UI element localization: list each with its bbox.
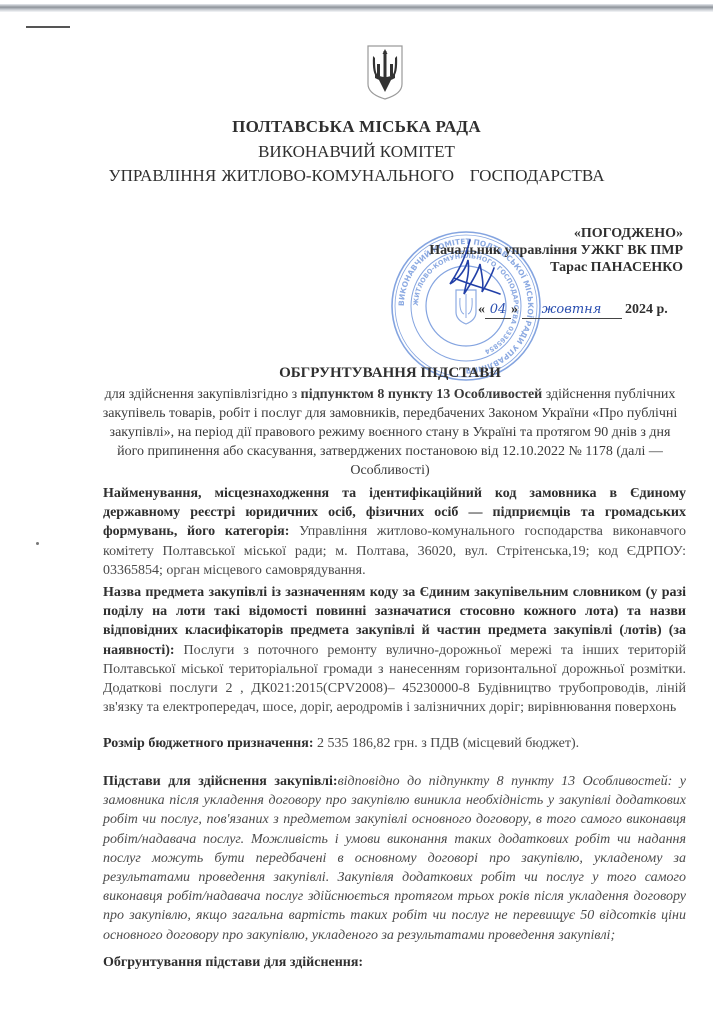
scan-edge-shadow <box>0 4 713 12</box>
section-label: Розмір бюджетного призначення: <box>103 736 314 751</box>
section-grounds: Підстави для здійснення закупівлі:відпов… <box>103 772 686 945</box>
date-year: 2024 р. <box>625 302 668 317</box>
section-justification: Обгрунтування підстави для здійснення: <box>103 953 686 972</box>
section-label: Обгрунтування підстави для здійснення: <box>103 955 363 970</box>
trident-coat-of-arms-icon <box>365 44 405 100</box>
date-month: жовтня <box>542 302 602 317</box>
date-quote-close: » <box>511 302 518 317</box>
section-text: Послуги з поточного ремонту вулично-доро… <box>103 643 686 716</box>
document-title: ОБГРУНТУВАННЯ ПІДСТАВИ <box>95 364 685 383</box>
section-budget: Розмір бюджетного призначення: 2 535 186… <box>103 734 686 753</box>
committee-name: ВИКОНАВЧИЙ КОМІТЕТ <box>0 142 713 162</box>
section-subject: Назва предмета закупівлі із зазначенням … <box>103 583 686 717</box>
department-name: УПРАВЛІННЯ ЖИТЛОВО-КОМУНАЛЬНОГО ГОСПОДАР… <box>0 166 713 186</box>
council-name: ПОЛТАВСЬКА МІСЬКА РАДА <box>0 117 713 137</box>
document-subtitle: для здійснення закупівлізгідно з підпунк… <box>95 385 685 480</box>
section-text: відповідно до підпункту 8 пункту 13 Особ… <box>103 774 686 943</box>
document-title-block: ОБГРУНТУВАННЯ ПІДСТАВИ для здійснення за… <box>95 364 685 480</box>
scan-speck <box>36 542 39 545</box>
section-customer: Найменування, місцезнаходження та іденти… <box>103 484 686 580</box>
section-label: Підстави для здійснення закупівлі: <box>103 774 338 789</box>
scan-corner-mark <box>26 26 70 28</box>
section-text: 2 535 186,82 грн. з ПДВ (місцевий бюджет… <box>314 736 580 751</box>
handwritten-signature <box>440 238 510 308</box>
